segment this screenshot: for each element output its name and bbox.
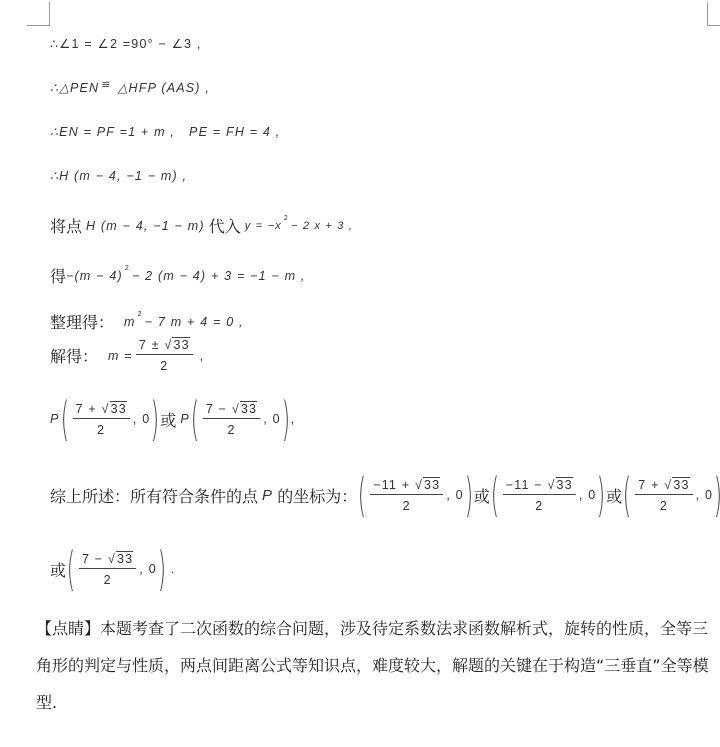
comment-paragraph: 【点睛】本题考查了二次函数的综合问题，涉及待定系数法求函数解析式，旋转的性质，全… [36, 610, 712, 721]
math-text: , 0 [139, 562, 157, 576]
fraction: 7 ± √33 2 [136, 338, 193, 373]
math-line-lengths: ∴EN = PF =1 + m , PE = FH = 4 , [50, 124, 280, 139]
math-text: 7 − [82, 552, 108, 566]
math-text: 33 [116, 551, 133, 566]
math-text: , 0 [579, 488, 597, 502]
math-text: 33 [240, 401, 257, 416]
math-text: m = [108, 349, 133, 363]
math-text: 7 ± [139, 338, 165, 352]
right-paren: ) [597, 472, 605, 518]
fraction: 7 + √33 2 [73, 402, 130, 437]
right-paren: ) [158, 546, 166, 592]
math-text: P [262, 487, 273, 504]
math-text: 2 [227, 419, 235, 437]
math-text: 33 [556, 477, 573, 492]
left-paren: ( [191, 396, 199, 442]
math-text: y = −x [245, 220, 282, 232]
superscript: 2 [138, 311, 143, 318]
math-text: , [200, 349, 205, 363]
cn-text: 解得： [50, 344, 98, 367]
math-line-point-h: ∴H (m − 4, −1 − m) , [50, 168, 187, 183]
math-text: 7 + [638, 478, 664, 492]
math-line-substitute: 将点 H (m − 4, −1 − m) 代入 y = −x 2 − 2 x +… [50, 214, 353, 237]
math-line-solve: 解得： m = 7 ± √33 2 , [50, 338, 204, 373]
math-text: 2 [660, 495, 668, 513]
cn-text: 将点 [50, 214, 82, 237]
right-paren: ) [714, 472, 720, 518]
math-text: 33 [423, 477, 440, 492]
right-paren: ) [465, 472, 473, 518]
math-line-summary-cont: 或 ( 7 − √33 2 , 0 ) . [50, 546, 175, 592]
cn-text: 或 [474, 484, 490, 507]
right-paren: ) [282, 396, 290, 442]
math-line-congruence: ∴△PEN ≌ △HFP (AAS) , [50, 80, 210, 95]
cn-text: 的坐标为： [277, 484, 357, 507]
math-text: 33 [672, 477, 689, 492]
cn-text: 代入 [209, 214, 241, 237]
cn-text: 或 [50, 558, 66, 581]
cn-text: 或 [160, 408, 176, 431]
math-text: △HFP (AAS) , [118, 80, 210, 95]
sqrt-icon: √ [232, 402, 240, 416]
math-text: m [124, 315, 136, 329]
fraction: −11 − √33 2 [503, 478, 576, 513]
left-paren: ( [358, 472, 366, 518]
right-paren: ) [151, 396, 159, 442]
math-text: P [50, 412, 60, 426]
cn-text: 综上所述：所有符合条件的点 [50, 484, 258, 507]
math-text: − 2 (m − 4) + 3 = −1 − m , [132, 269, 306, 283]
math-text: H (m − 4, −1 − m) [86, 219, 205, 233]
math-line-angles: ∴∠1 = ∠2 =90° − ∠3 , [50, 36, 202, 51]
sqrt-icon: √ [108, 552, 116, 566]
math-text: , 0 [133, 412, 151, 426]
math-line-summary: 综上所述：所有符合条件的点 P 的坐标为： ( −11 + √33 2 , 0 … [50, 472, 720, 518]
math-text: −11 + [373, 478, 415, 492]
fraction: −11 + √33 2 [370, 478, 443, 513]
fraction: 7 + √33 2 [635, 478, 692, 513]
page-corner-mark-top-left [27, 2, 50, 26]
left-paren: ( [67, 546, 75, 592]
cn-text: 整理得： [50, 310, 114, 333]
math-text: , 0 [446, 488, 464, 502]
math-text: 2 [97, 419, 105, 437]
math-text: 33 [110, 401, 127, 416]
math-text: 7 + [76, 402, 102, 416]
congruent-symbol: ≌ [101, 78, 111, 91]
math-text: , 0 [263, 412, 281, 426]
fraction: 7 − √33 2 [203, 402, 260, 437]
math-text: −11 − [506, 478, 548, 492]
math-text: 33 [172, 337, 189, 352]
math-text: , [291, 412, 296, 426]
math-line-p-points: P ( 7 + √33 2 , 0 ) 或 P ( 7 − √33 2 , 0 … [50, 396, 295, 442]
math-text: P [180, 412, 190, 426]
math-text: − 2 x + 3 , [291, 220, 353, 232]
page-corner-mark-top-right [707, 2, 720, 26]
math-line-simplify: 整理得： m 2 − 7 m + 4 = 0 , [50, 310, 244, 333]
math-text: 2 [403, 495, 411, 513]
superscript: 2 [284, 215, 289, 222]
math-text: 2 [160, 355, 168, 373]
cn-text: 得 [50, 264, 66, 287]
sqrt-icon: √ [415, 478, 423, 492]
sqrt-icon: √ [102, 402, 110, 416]
math-text: ∴△PEN [50, 80, 99, 95]
math-text: ∴H (m − 4, −1 − m) , [50, 168, 187, 183]
math-text: , 0 [696, 488, 714, 502]
math-text: 2 [535, 495, 543, 513]
comment-text: 【点睛】本题考查了二次函数的综合问题，涉及待定系数法求函数解析式，旋转的性质，全… [36, 619, 709, 712]
math-text: − 7 m + 4 = 0 , [145, 315, 244, 329]
left-paren: ( [491, 472, 499, 518]
left-paren: ( [60, 396, 68, 442]
superscript: 2 [125, 265, 130, 272]
math-text: −(m − 4) [66, 269, 123, 283]
math-text: ∴∠1 = ∠2 =90° − ∠3 , [50, 36, 202, 51]
cn-text: 或 [606, 484, 622, 507]
math-text: . [171, 562, 176, 576]
fraction: 7 − √33 2 [79, 552, 136, 587]
math-text: ∴EN = PF =1 + m , PE = FH = 4 , [50, 124, 280, 139]
sqrt-icon: √ [547, 478, 555, 492]
math-line-equation: 得 −(m − 4) 2 − 2 (m − 4) + 3 = −1 − m , [50, 264, 306, 287]
left-paren: ( [623, 472, 631, 518]
math-text: 2 [104, 569, 112, 587]
math-text: 7 − [206, 402, 232, 416]
